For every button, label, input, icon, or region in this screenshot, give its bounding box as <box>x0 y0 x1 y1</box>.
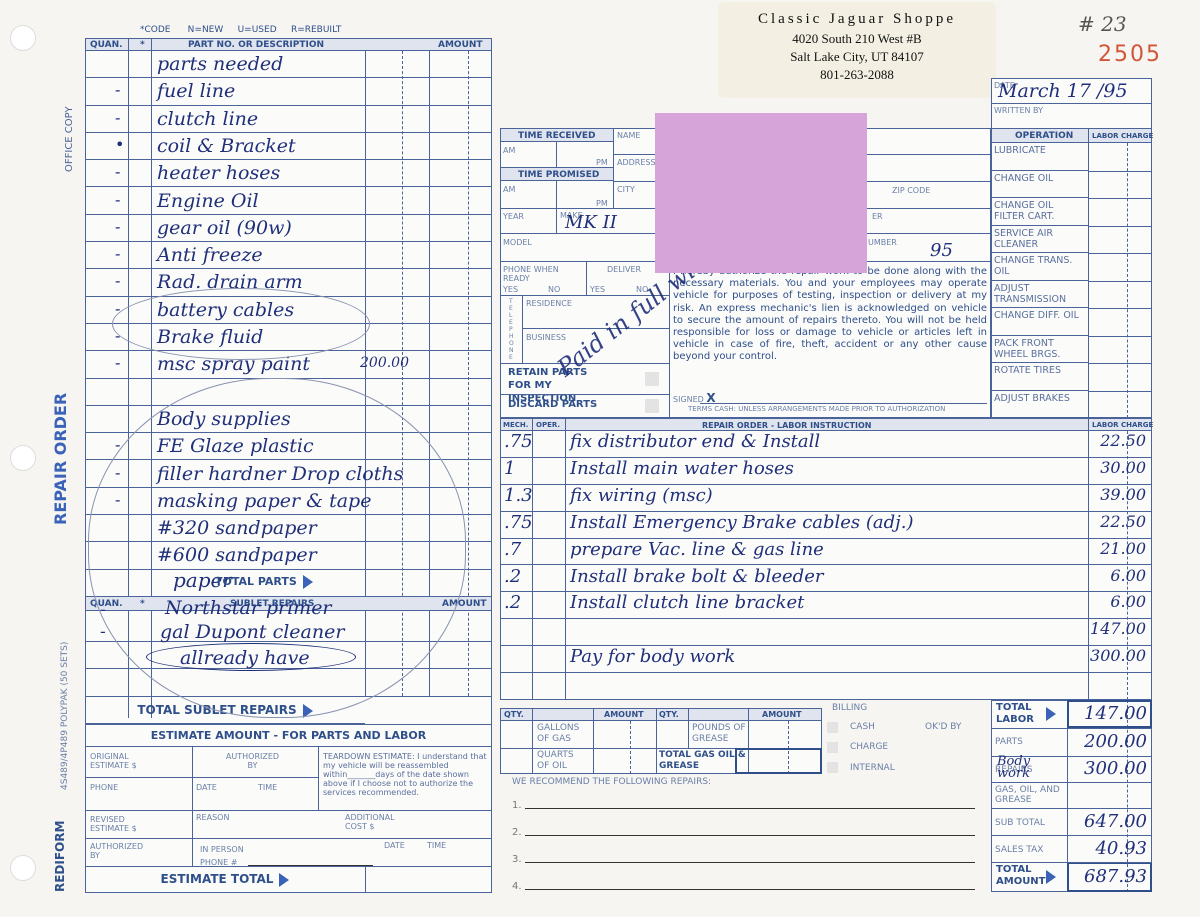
teardown-text: TEARDOWN ESTIMATE: I understand that my … <box>323 752 488 797</box>
parts-row: •coil & Bracket <box>85 133 492 160</box>
col-line <box>532 708 533 774</box>
labor-row: .75Install Emergency Brake cables (adj.)… <box>500 512 1152 539</box>
recommend-line-3[interactable] <box>525 862 975 863</box>
recommend-line-1[interactable] <box>525 808 975 809</box>
labor-row: .2Install brake bolt & bleeder6.00 <box>500 566 1152 593</box>
gas-oil-label: GAS, OIL, AND GREASE <box>995 785 1063 805</box>
col-line <box>1088 128 1089 418</box>
recommend-line-4[interactable] <box>525 889 975 890</box>
parts-total-label: PARTS <box>995 737 1023 747</box>
row-line <box>991 782 1152 783</box>
labor-text: Install brake bolt & bleeder <box>570 566 823 587</box>
row-line <box>85 777 318 778</box>
pencil-circle <box>88 378 466 718</box>
row-line <box>1088 226 1152 227</box>
parts-desc: Engine Oil <box>157 190 259 212</box>
parts-quan: - <box>115 190 120 209</box>
am-label: AM <box>503 146 515 155</box>
parts-row: -Anti freeze <box>85 242 492 269</box>
labor-charge: 22.50 <box>1100 512 1146 531</box>
retain-parts-checkbox[interactable] <box>645 372 659 386</box>
col-line <box>318 746 319 810</box>
side-office-copy: OFFICE COPY <box>64 106 75 172</box>
operation-item: SERVICE AIR CLEANER <box>991 226 1088 254</box>
quarts-oil-label: QUARTS OF OIL <box>537 750 587 772</box>
pm-label-2: PM <box>596 199 608 208</box>
row-line <box>85 746 492 747</box>
parts-desc: gear oil (90w) <box>157 217 292 239</box>
col-line <box>365 866 366 893</box>
handwritten-ref: # 23 <box>1078 12 1127 36</box>
labor-text: prepare Vac. line & gas line <box>570 539 824 560</box>
labor-row: .2Install clutch line bracket6.00 <box>500 592 1152 619</box>
total-labor-text: TOTAL LABOR <box>996 702 1034 725</box>
col-line <box>586 261 587 295</box>
license-partial-label: ER <box>872 212 883 221</box>
parts-quan: - <box>115 162 120 181</box>
parts-quan: • <box>115 135 124 154</box>
telephone-vertical: TELEPHONE <box>509 298 515 361</box>
col-line <box>593 708 594 774</box>
date2-label: DATE <box>384 841 405 850</box>
parts-quan: - <box>115 217 120 236</box>
row-line <box>85 838 492 839</box>
labor-charge: 30.00 <box>1100 458 1146 477</box>
col-line <box>656 708 657 774</box>
billing-internal-checkbox[interactable] <box>827 762 838 773</box>
labor-row: Pay for body work300.00 <box>500 646 1152 673</box>
row-line <box>85 810 492 811</box>
sales-tax-value: 40.93 <box>1055 838 1147 859</box>
operations-header-op: OPERATION <box>1015 131 1073 141</box>
total-labor-label: TOTAL LABOR <box>996 702 1046 726</box>
labor-row: 147.00 <box>500 619 1152 646</box>
parts-row: -gear oil (90w) <box>85 215 492 242</box>
operation-item: ADJUST BRAKES <box>991 391 1088 419</box>
model-label: MODEL <box>503 238 532 247</box>
labor-charge: 147.00 <box>1090 619 1146 638</box>
row-line <box>1088 336 1152 337</box>
billing-internal-label: INTERNAL <box>850 764 895 773</box>
parts-desc: coil & Bracket <box>157 135 296 157</box>
row-line <box>1088 198 1152 199</box>
authorized-by2-label: AUTHORIZED BY <box>90 842 150 860</box>
in-person-label: IN PERSON <box>200 845 244 854</box>
side-brand: REDIFORM <box>53 821 67 892</box>
number-partial-label: UMBER <box>868 238 897 247</box>
labor-mech: .75 <box>504 512 533 533</box>
col-line <box>556 181 557 208</box>
parts-total-value: 200.00 <box>1055 731 1147 752</box>
recommend-line-2[interactable] <box>525 835 975 836</box>
code-legend-rebuilt: R=REBUILT <box>291 25 341 35</box>
row-line <box>500 394 669 395</box>
labor-charge: 6.00 <box>1110 566 1146 585</box>
no-label: NO <box>548 285 560 294</box>
row-line <box>1088 281 1152 282</box>
parts-desc: clutch line <box>157 108 258 130</box>
labor-row <box>500 673 1152 700</box>
estimate-total-row: ESTIMATE TOTAL <box>85 872 365 887</box>
col-line <box>556 142 557 167</box>
col-line <box>522 295 523 363</box>
total-amount-text: TOTAL AMOUNT <box>996 864 1046 887</box>
make-value: MK II <box>565 212 617 233</box>
labor-text: fix distributor end & Install <box>570 431 820 452</box>
estimate-title: ESTIMATE AMOUNT - FOR PARTS AND LABOR <box>85 729 492 742</box>
parts-amount: 200.00 <box>360 355 409 371</box>
phone-when-ready-label: PHONE WHEN READY <box>503 265 563 283</box>
time-label: TIME <box>258 783 277 792</box>
labor-row: 1Install main water hoses30.00 <box>500 458 1152 485</box>
arrow-right-icon <box>279 873 289 887</box>
labor-text: fix wiring (msc) <box>570 485 713 506</box>
zip-label: ZIP CODE <box>892 186 930 195</box>
repairs-value: 300.00 <box>1055 758 1147 779</box>
business-label: BUSINESS <box>526 333 566 342</box>
address-label: ADDRESS <box>617 158 656 167</box>
parts-row: parts needed <box>85 51 492 78</box>
authorization-text: I hereby authorize the repair work to be… <box>673 266 987 364</box>
parts-header-desc: PART NO. OR DESCRIPTION <box>188 40 324 50</box>
col-line <box>688 708 689 748</box>
date-label: DATE <box>196 783 217 792</box>
pencil-circle <box>112 288 370 360</box>
parts-row: -fuel line <box>85 78 492 105</box>
name-label: NAME <box>617 131 640 140</box>
total-gas-text: TOTAL GAS OIL & GREASE <box>659 750 746 771</box>
parts-desc: heater hoses <box>157 162 280 184</box>
labor-row: .7prepare Vac. line & gas line21.00 <box>500 539 1152 566</box>
operations-header-labor: LABOR CHARGE <box>1092 132 1153 140</box>
labor-mech: .75 <box>504 431 533 452</box>
repairs-hand-label: Body work <box>997 756 1047 780</box>
fluids-amount-label-2: AMOUNT <box>762 710 802 719</box>
labor-header-instruction: REPAIR ORDER - LABOR INSTRUCTION <box>702 421 871 430</box>
sticky-note <box>655 113 867 273</box>
sales-tax-label: SALES TAX <box>995 845 1043 855</box>
city-label: CITY <box>617 185 635 194</box>
deliver-label: DELIVER <box>607 265 641 274</box>
code-legend-code: *CODE <box>140 25 171 35</box>
billing-cash-label: CASH <box>850 723 875 732</box>
row-line <box>991 835 1152 836</box>
subtotal-label: SUB TOTAL <box>995 818 1045 828</box>
labor-text: Pay for body work <box>570 646 735 667</box>
terms-text: TERMS CASH: UNLESS ARRANGEMENTS MADE PRI… <box>688 405 945 413</box>
phone-number-line <box>248 865 373 866</box>
total-labor-value: 147.00 <box>1055 703 1147 724</box>
okd-by-label: OK'D BY <box>925 723 961 732</box>
punch-hole <box>10 855 36 881</box>
parts-quan: - <box>115 353 120 372</box>
labor-charge: 39.00 <box>1100 485 1146 504</box>
phone-number-label: PHONE # <box>200 858 237 867</box>
labor-charge: 21.00 <box>1100 539 1146 558</box>
labor-mech: .2 <box>504 592 521 613</box>
order-number: 2505 <box>1098 42 1162 67</box>
row-line <box>85 866 492 867</box>
shop-label-sticker: Classic Jaguar Shoppe 4020 South 210 Wes… <box>718 2 996 98</box>
recommend-num-3: 3. <box>512 854 522 865</box>
written-by-label: WRITTEN BY <box>994 106 1043 115</box>
parts-desc: Anti freeze <box>157 244 263 266</box>
labor-header-oper: OPER. <box>536 421 560 429</box>
code-legend: *CODE N=NEW U=USED R=REBUILT <box>140 25 341 35</box>
billing-charge-checkbox[interactable] <box>827 742 838 753</box>
labor-row: 1.3fix wiring (msc)39.00 <box>500 485 1152 512</box>
punch-hole <box>10 445 36 471</box>
shop-name: Classic Jaguar Shoppe <box>718 11 996 28</box>
labor-text: Install Emergency Brake cables (adj.) <box>570 512 914 533</box>
labor-charge: 300.00 <box>1090 646 1146 665</box>
row-line <box>1088 391 1152 392</box>
labor-mech: 1 <box>504 458 515 479</box>
residence-label: RESIDENCE <box>526 299 572 308</box>
parts-quan: - <box>115 271 120 290</box>
row-line <box>1088 363 1152 364</box>
fluids-amount-label: AMOUNT <box>604 710 644 719</box>
estimate-total-label: ESTIMATE TOTAL <box>161 872 274 886</box>
code-legend-used: U=USED <box>238 25 277 35</box>
labor-row: .75fix distributor end & Install22.50 <box>500 431 1152 458</box>
parts-row: -heater hoses <box>85 160 492 187</box>
recommend-num-2: 2. <box>512 827 522 838</box>
parts-header-code: * <box>140 40 145 50</box>
parts-desc: fuel line <box>157 80 235 102</box>
labor-mech: .2 <box>504 566 521 587</box>
shop-address2: Salt Lake City, UT 84107 <box>718 49 996 65</box>
recommend-title: WE RECOMMEND THE FOLLOWING REPAIRS: <box>512 778 711 787</box>
recommend-num-1: 1. <box>512 800 522 811</box>
row-line <box>991 103 1152 104</box>
phone-label: PHONE <box>90 783 118 792</box>
reason-label: REASON <box>196 813 229 822</box>
year-label: YEAR <box>503 212 524 221</box>
original-estimate-label: ORIGINAL ESTIMATE $ <box>90 752 150 770</box>
row-line <box>991 728 1152 729</box>
gallons-gas-label: GALLONS OF GAS <box>537 723 592 745</box>
total-gas-box <box>735 748 822 774</box>
operation-item: CHANGE OIL <box>991 171 1088 199</box>
row-line <box>1088 171 1152 172</box>
operation-item: ROTATE TIRES <box>991 363 1088 391</box>
pounds-grease-label: POUNDS OF GREASE <box>692 723 747 745</box>
row-line <box>991 808 1152 809</box>
parts-row: -Engine Oil <box>85 188 492 215</box>
yes-label-2: YES <box>590 285 605 294</box>
row-line <box>85 724 492 725</box>
row-line <box>991 862 1152 863</box>
total-amount-label: TOTAL AMOUNT <box>996 864 1046 888</box>
operation-item: PACK FRONT WHEEL BRGS. <box>991 336 1088 364</box>
labor-header-mech: MECH. <box>503 421 528 429</box>
time2-label: TIME <box>427 841 446 850</box>
parts-quan: - <box>115 108 120 127</box>
labor-text: Install clutch line bracket <box>570 592 804 613</box>
billing-cash-checkbox[interactable] <box>827 722 838 733</box>
discard-parts-label: DISCARD PARTS <box>508 399 597 410</box>
recommend-num-4: 4. <box>512 881 522 892</box>
pm-label: PM <box>596 158 608 167</box>
shop-phone: 801-263-2088 <box>718 67 996 83</box>
authorized-by-label: AUTHORIZED BY <box>225 752 280 770</box>
revised-estimate-label: REVISED ESTIMATE $ <box>90 815 150 833</box>
operation-item: ADJUST TRANSMISSION <box>991 281 1088 309</box>
col-line <box>556 208 557 233</box>
time-received-label: TIME RECEIVED <box>518 131 596 141</box>
yes-label: YES <box>503 285 518 294</box>
punch-hole <box>10 25 36 51</box>
discard-parts-checkbox[interactable] <box>645 399 659 413</box>
parts-quan: - <box>115 80 120 99</box>
number-value: 95 <box>930 240 953 261</box>
labor-header-charge: LABOR CHARGE <box>1092 421 1153 429</box>
signature-line <box>700 403 987 404</box>
operation-item: CHANGE DIFF. OIL <box>991 308 1088 336</box>
col-line <box>613 128 614 208</box>
billing-title: BILLING <box>832 704 867 713</box>
fluids-qty-label: QTY. <box>504 710 524 719</box>
time-promised-label: TIME PROMISED <box>518 170 599 180</box>
total-amount-value: 687.93 <box>1055 866 1147 887</box>
operation-item: CHANGE OIL FILTER CART. <box>991 198 1088 226</box>
date-value: March 17 /95 <box>998 80 1128 102</box>
operation-item: CHANGE TRANS. OIL <box>991 253 1088 281</box>
parts-header-amount: AMOUNT <box>438 40 483 50</box>
additional-cost-label: ADDITIONAL COST $ <box>345 813 405 831</box>
parts-quan: - <box>115 244 120 263</box>
fluids-qty-label-2: QTY. <box>659 710 679 719</box>
labor-text: Install main water hoses <box>570 458 794 479</box>
side-form-number: 4S489/4P489 POLYPAK (50 SETS) <box>60 642 70 790</box>
col-line <box>192 746 193 810</box>
labor-mech: .7 <box>504 539 521 560</box>
side-title: REPAIR ORDER <box>51 393 70 525</box>
parts-header-quan: QUAN. <box>90 40 123 50</box>
code-legend-new: N=NEW <box>188 25 224 35</box>
parts-desc: parts needed <box>157 53 283 75</box>
parts-row: -clutch line <box>85 106 492 133</box>
labor-charge: 6.00 <box>1110 592 1146 611</box>
shop-address1: 4020 South 210 West #B <box>718 31 996 47</box>
operation-item: LUBRICATE <box>991 143 1088 171</box>
row-line <box>1088 308 1152 309</box>
labor-mech: 1.3 <box>504 485 533 506</box>
row-line <box>1088 253 1152 254</box>
am-label-2: AM <box>503 185 515 194</box>
billing-charge-label: CHARGE <box>850 743 888 752</box>
labor-charge: 22.50 <box>1100 431 1146 450</box>
subtotal-value: 647.00 <box>1055 811 1147 832</box>
